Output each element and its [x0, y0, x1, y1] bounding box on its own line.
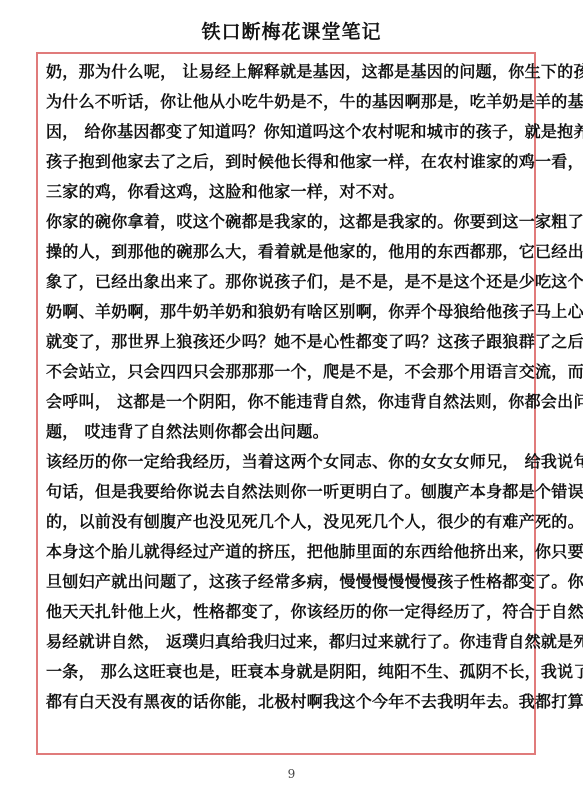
text-line: 题， 哎违背了自然法则你都会出问题。: [46, 417, 534, 447]
paragraph-1: 奶，那为什么呢， 让易经上解释就是基因，这都是基因的问题，你生下的孩子 为什么不…: [46, 57, 534, 207]
text-line: 为什么不听话，你让他从小吃牛奶是不，牛的基因啊那是，吃羊奶是羊的基: [46, 87, 534, 117]
paragraph-3: 该经历的你一定给我经历，当着这两个女同志、你的女女女师兄， 给我说句这 句话，但…: [46, 447, 534, 717]
text-line: 本身这个胎儿就得经过产道的挤压，把他肺里面的东西给他挤出来，你只要一: [46, 537, 534, 567]
text-line: 他天天扎针他上火，性格都变了，你该经历的你一定得经历了，符合于自然，: [46, 597, 534, 627]
text-line: 不会站立，只会四四只会那那那一个，爬是不是，不会那个用语言交流，而只: [46, 357, 534, 387]
text-line: 三家的鸡，你看这鸡，这脸和他家一样，对不对。: [46, 177, 534, 207]
text-line: 奶啊、羊奶啊，那牛奶羊奶和狼奶有啥区别啊，你弄个母狼给他孩子马上心性: [46, 297, 534, 327]
text-line: 会呼叫， 这都是一个阴阳，你不能违背自然，你违背自然法则，你都会出问: [46, 387, 534, 417]
text-line: 句话，但是我要给你说去自然法则你一听更明白了。刨腹产本身都是个错误: [46, 477, 534, 507]
text-line: 都有白天没有黑夜的话你能，北极村啊我这个今年不去我明年去。我都打算开: [46, 687, 534, 717]
text-line: 一条， 那么这旺衰也是，旺衰本身就是阴阳，纯阳不生、孤阴不长，我说了，: [46, 657, 534, 687]
content-text: 奶，那为什么呢， 让易经上解释就是基因，这都是基因的问题，你生下的孩子 为什么不…: [46, 57, 534, 717]
document-title: 铁口断梅花课堂笔记: [0, 17, 583, 44]
content-frame: 奶，那为什么呢， 让易经上解释就是基因，这都是基因的问题，你生下的孩子 为什么不…: [36, 52, 536, 755]
paragraph-2: 你家的碗你拿着，哎这个碗都是我家的，这都是我家的。你要到这一家粗了八 操的人，到…: [46, 207, 534, 447]
text-line: 的，以前没有刨腹产也没见死几个人，没见死几个人，很少的有难产死的。他: [46, 507, 534, 537]
text-line: 象了，已经出象出来了。那你说孩子们，是不是，是不是这个还是少吃这个牛: [46, 267, 534, 297]
text-line: 旦刨妇产就出问题了，这孩子经常多病，慢慢慢慢慢慢孩子性格都变了。你给: [46, 567, 534, 597]
text-line: 该经历的你一定给我经历，当着这两个女同志、你的女女女师兄， 给我说句这: [46, 447, 534, 477]
page-number: 9: [0, 767, 583, 781]
text-line: 孩子抱到他家去了之后，到时候他长得和他家一样，在农村谁家的鸡一看，张: [46, 147, 534, 177]
text-line: 易经就讲自然， 返璞归真给我归过来，都归过来就行了。你违背自然就是死路: [46, 627, 534, 657]
text-line: 就变了，那世界上狼孩还少吗？她不是心性都变了吗？这孩子跟狼群了之后，: [46, 327, 534, 357]
text-line: 操的人，到那他的碗那么大，看着就是他家的，他用的东西都那，它已经出来: [46, 237, 534, 267]
text-line: 奶，那为什么呢， 让易经上解释就是基因，这都是基因的问题，你生下的孩子: [46, 57, 534, 87]
text-line: 你家的碗你拿着，哎这个碗都是我家的，这都是我家的。你要到这一家粗了八: [46, 207, 534, 237]
text-line: 因， 给你基因都变了知道吗？你知道吗这个农村呢和城市的孩子，就是抱养的: [46, 117, 534, 147]
